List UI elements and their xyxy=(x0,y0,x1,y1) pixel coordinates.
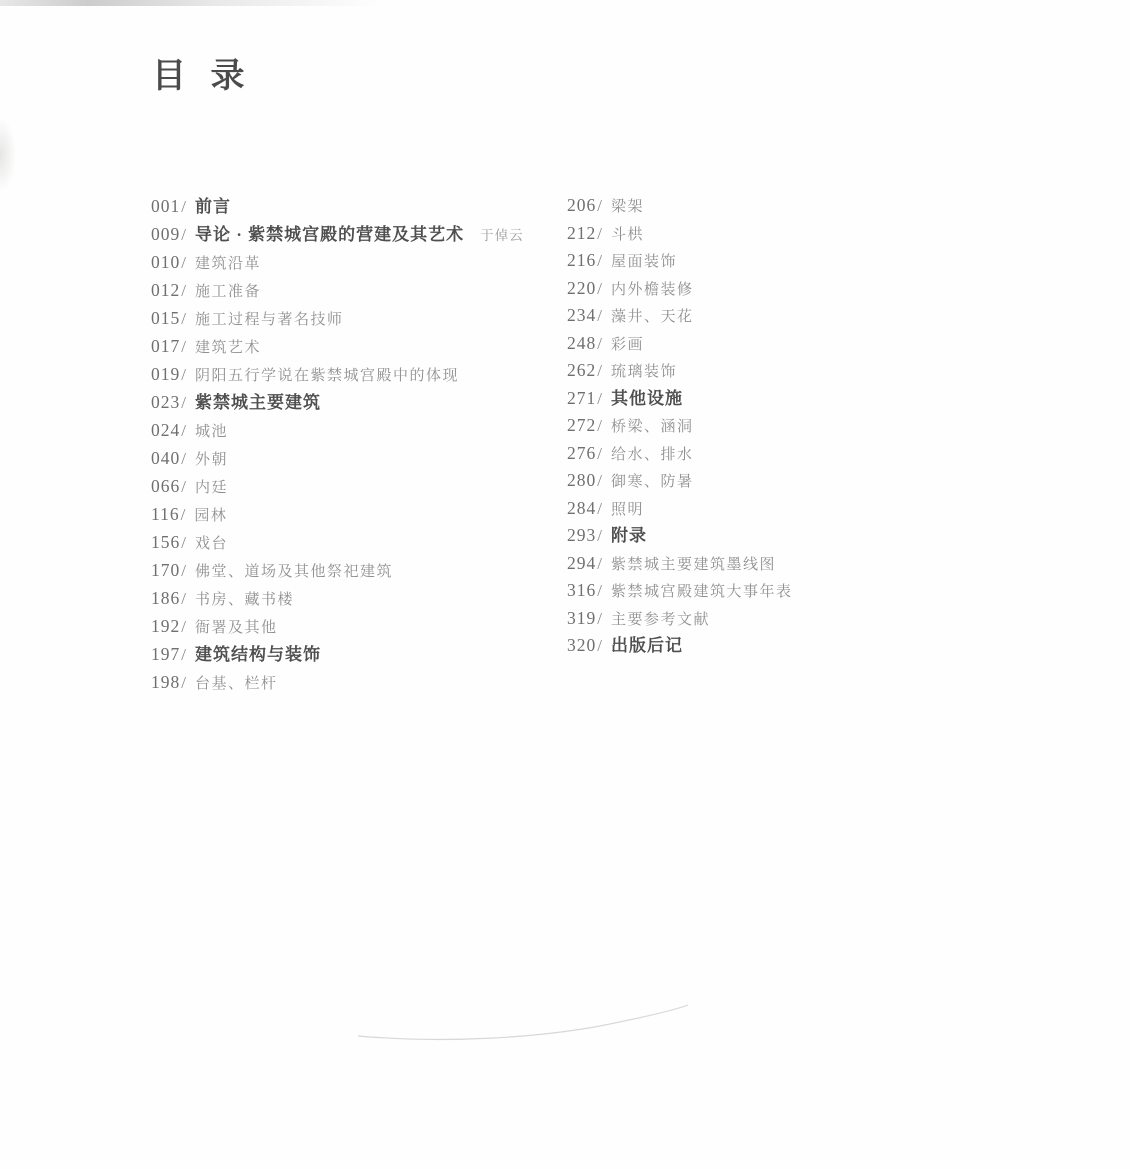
toc-entry: 276/给水、排水 xyxy=(567,440,997,468)
toc-page-number: 156 xyxy=(151,528,180,556)
toc-page-number: 198 xyxy=(151,668,180,696)
toc-page-number: 234 xyxy=(567,302,596,330)
toc-item-title: 书房、藏书楼 xyxy=(195,586,294,614)
toc-page-number: 009 xyxy=(151,220,180,248)
toc-entry: 010/建筑沿革 xyxy=(151,248,571,276)
toc-separator: / xyxy=(181,417,186,445)
toc-separator: / xyxy=(597,330,602,358)
toc-separator: / xyxy=(181,361,186,389)
toc-separator: / xyxy=(597,495,602,523)
toc-separator: / xyxy=(181,277,186,305)
page-title: 目 录 xyxy=(152,48,247,97)
toc-entry: 319/主要参考文献 xyxy=(567,605,997,633)
toc-item-title: 建筑艺术 xyxy=(195,334,261,362)
toc-page-number: 276 xyxy=(567,440,596,468)
toc-entry: 192/衙署及其他 xyxy=(151,612,571,640)
scan-smudge xyxy=(0,118,16,192)
toc-item-title: 紫禁城宫殿建筑大事年表 xyxy=(611,579,793,607)
toc-entry: 186/书房、藏书楼 xyxy=(151,584,571,612)
toc-item-title: 阴阳五行学说在紫禁城宫殿中的体现 xyxy=(195,362,459,390)
toc-separator: / xyxy=(181,501,186,529)
toc-separator: / xyxy=(181,669,186,697)
toc-column-right: 206/梁架212/斗栱216/屋面装饰220/内外檐装修234/藻井、天花24… xyxy=(567,192,997,660)
toc-entry: 272/桥梁、涵洞 xyxy=(567,412,997,440)
toc-separator: / xyxy=(597,247,602,275)
toc-page-number: 186 xyxy=(151,584,180,612)
toc-separator: / xyxy=(181,221,186,249)
toc-entry: 294/紫禁城主要建筑墨线图 xyxy=(567,550,997,578)
toc-entry: 170/佛堂、道场及其他祭祀建筑 xyxy=(151,556,571,584)
toc-section-title: 其他设施 xyxy=(611,385,683,413)
toc-item-title: 藻井、天花 xyxy=(611,304,694,332)
toc-item-title: 施工过程与著名技师 xyxy=(195,306,344,334)
toc-page-number: 012 xyxy=(151,276,180,304)
toc-entry: 206/梁架 xyxy=(567,192,997,220)
toc-item-title: 衙署及其他 xyxy=(195,614,278,642)
toc-column-left: 001/前言009/导论 · 紫禁城宫殿的营建及其艺术于倬云010/建筑沿革01… xyxy=(151,192,571,696)
toc-item-title: 施工准备 xyxy=(195,278,261,306)
toc-page-number: 066 xyxy=(151,472,180,500)
toc-entry: 284/照明 xyxy=(567,495,997,523)
toc-page-number: 216 xyxy=(567,247,596,275)
toc-separator: / xyxy=(597,412,602,440)
toc-item-title: 紫禁城主要建筑墨线图 xyxy=(611,552,776,580)
scan-edge-shadow xyxy=(0,0,400,6)
toc-page-number: 320 xyxy=(567,632,596,660)
toc-item-title: 建筑沿革 xyxy=(195,250,261,278)
toc-entry: 023/紫禁城主要建筑 xyxy=(151,388,571,416)
toc-separator: / xyxy=(597,357,602,385)
toc-item-title: 御寒、防暑 xyxy=(611,469,694,497)
toc-entry: 066/内廷 xyxy=(151,472,571,500)
toc-separator: / xyxy=(181,529,186,557)
toc-entry: 293/附录 xyxy=(567,522,997,550)
toc-separator: / xyxy=(181,305,186,333)
toc-page-number: 019 xyxy=(151,360,180,388)
toc-section-title: 建筑结构与装饰 xyxy=(195,641,321,669)
toc-section-title: 出版后记 xyxy=(611,632,683,660)
toc-item-title: 外朝 xyxy=(195,446,228,474)
toc-entry: 220/内外檐装修 xyxy=(567,275,997,303)
toc-entry: 197/建筑结构与装饰 xyxy=(151,640,571,668)
toc-item-title: 园林 xyxy=(194,502,227,530)
toc-entry: 198/台基、栏杆 xyxy=(151,668,571,696)
toc-item-title: 台基、栏杆 xyxy=(195,670,278,698)
toc-item-title: 屋面装饰 xyxy=(611,249,677,277)
toc-page-number: 040 xyxy=(151,444,180,472)
toc-separator: / xyxy=(181,249,186,277)
toc-page-number: 197 xyxy=(151,640,180,668)
toc-page-number: 294 xyxy=(567,550,596,578)
toc-page-number: 192 xyxy=(151,612,180,640)
toc-separator: / xyxy=(597,605,602,633)
toc-page-number: 293 xyxy=(567,522,596,550)
toc-item-title: 琉璃装饰 xyxy=(611,359,677,387)
toc-page-number: 023 xyxy=(151,388,180,416)
toc-separator: / xyxy=(181,193,186,221)
toc-page-number: 024 xyxy=(151,416,180,444)
toc-item-title: 主要参考文献 xyxy=(611,607,710,635)
toc-entry: 234/藻井、天花 xyxy=(567,302,997,330)
toc-separator: / xyxy=(181,333,186,361)
toc-page-number: 248 xyxy=(567,330,596,358)
toc-separator: / xyxy=(597,632,602,660)
toc-entry: 116/园林 xyxy=(151,500,571,528)
toc-separator: / xyxy=(597,550,602,578)
toc-separator: / xyxy=(181,445,186,473)
toc-page-number: 272 xyxy=(567,412,596,440)
toc-separator: / xyxy=(597,385,602,413)
toc-page-number: 010 xyxy=(151,248,180,276)
toc-page-number: 284 xyxy=(567,495,596,523)
toc-separator: / xyxy=(597,467,602,495)
toc-item-title: 梁架 xyxy=(611,194,644,222)
toc-entry: 280/御寒、防暑 xyxy=(567,467,997,495)
toc-item-title: 戏台 xyxy=(195,530,228,558)
toc-page-number: 280 xyxy=(567,467,596,495)
toc-page-number: 206 xyxy=(567,192,596,220)
toc-author-name: 于倬云 xyxy=(480,222,524,250)
toc-entry: 015/施工过程与著名技师 xyxy=(151,304,571,332)
toc-item-title: 给水、排水 xyxy=(611,442,694,470)
toc-separator: / xyxy=(181,641,186,669)
toc-separator: / xyxy=(181,473,186,501)
toc-separator: / xyxy=(597,220,602,248)
toc-entry: 262/琉璃装饰 xyxy=(567,357,997,385)
toc-page-number: 316 xyxy=(567,577,596,605)
toc-separator: / xyxy=(181,557,186,585)
toc-item-title: 彩画 xyxy=(611,332,644,360)
toc-item-title: 内廷 xyxy=(195,474,228,502)
toc-page-number: 212 xyxy=(567,220,596,248)
toc-entry: 248/彩画 xyxy=(567,330,997,358)
toc-entry: 017/建筑艺术 xyxy=(151,332,571,360)
toc-entry: 156/戏台 xyxy=(151,528,571,556)
toc-page-number: 116 xyxy=(151,500,180,528)
toc-page-number: 220 xyxy=(567,275,596,303)
toc-entry: 320/出版后记 xyxy=(567,632,997,660)
toc-entry: 216/屋面装饰 xyxy=(567,247,997,275)
toc-item-title: 照明 xyxy=(611,497,644,525)
toc-item-title: 佛堂、道场及其他祭祀建筑 xyxy=(195,558,393,586)
toc-entry: 271/其他设施 xyxy=(567,385,997,413)
toc-entry: 024/城池 xyxy=(151,416,571,444)
toc-separator: / xyxy=(597,522,602,550)
toc-section-title: 导论 · 紫禁城宫殿的营建及其艺术 xyxy=(195,221,464,249)
toc-section-title: 前言 xyxy=(195,193,231,221)
toc-section-title: 紫禁城主要建筑 xyxy=(195,389,321,417)
toc-entry: 040/外朝 xyxy=(151,444,571,472)
toc-entry: 212/斗栱 xyxy=(567,220,997,248)
toc-item-title: 桥梁、涵洞 xyxy=(611,414,694,442)
toc-page-number: 262 xyxy=(567,357,596,385)
toc-page-number: 271 xyxy=(567,385,596,413)
toc-separator: / xyxy=(597,275,602,303)
toc-separator: / xyxy=(597,302,602,330)
toc-page-number: 170 xyxy=(151,556,180,584)
toc-separator: / xyxy=(181,389,186,417)
toc-item-title: 内外檐装修 xyxy=(611,277,694,305)
toc-page-number: 001 xyxy=(151,192,180,220)
toc-separator: / xyxy=(181,585,186,613)
toc-page-number: 319 xyxy=(567,605,596,633)
toc-entry: 009/导论 · 紫禁城宫殿的营建及其艺术于倬云 xyxy=(151,220,571,248)
toc-entry: 012/施工准备 xyxy=(151,276,571,304)
toc-page-number: 017 xyxy=(151,332,180,360)
toc-entry: 019/阴阳五行学说在紫禁城宫殿中的体现 xyxy=(151,360,571,388)
toc-separator: / xyxy=(597,440,602,468)
toc-page-number: 015 xyxy=(151,304,180,332)
scanned-toc-page: 目 录 001/前言009/导论 · 紫禁城宫殿的营建及其艺术于倬云010/建筑… xyxy=(0,0,1130,1169)
toc-section-title: 附录 xyxy=(611,522,647,550)
toc-entry: 316/紫禁城宫殿建筑大事年表 xyxy=(567,577,997,605)
toc-separator: / xyxy=(597,192,602,220)
toc-entry: 001/前言 xyxy=(151,192,571,220)
toc-item-title: 斗栱 xyxy=(611,222,644,250)
toc-item-title: 城池 xyxy=(195,418,228,446)
toc-separator: / xyxy=(597,577,602,605)
toc-separator: / xyxy=(181,613,186,641)
